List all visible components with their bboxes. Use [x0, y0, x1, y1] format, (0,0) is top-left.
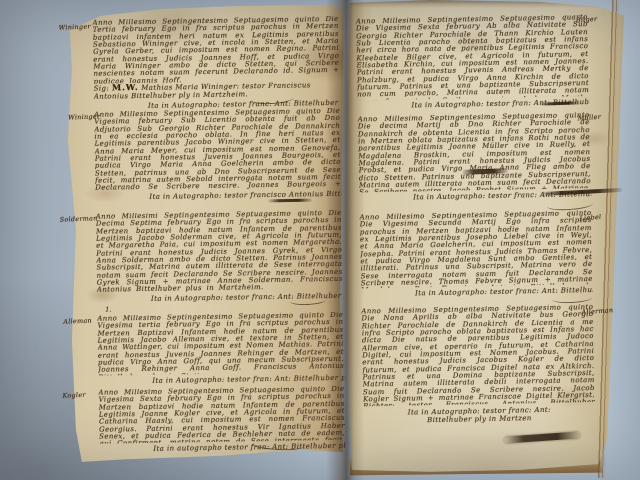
baptism-entry: Anno Millesimo Septingentesimo Septuages… — [93, 16, 340, 111]
margin-surname: Kogler — [62, 391, 102, 400]
signature-line: Sig: M.W. Mathias Maria Wininger: testor… — [94, 81, 340, 101]
attestation-line: Ita in Autographo: testor fran: Ant: Bit… — [98, 374, 344, 386]
entry-body-text: Anno Millesimo Septingentesimo Septuages… — [360, 210, 593, 288]
manuscript-photo: Wininger Wininger Solderman Alleman Kogl… — [0, 0, 640, 480]
baptism-entry: Anno Millesimo Septingentesimo Septuages… — [97, 312, 344, 386]
baptism-entry: Anno Millesimo Septingentesimo Septuages… — [356, 14, 590, 110]
attestation-line: Ita in Autographo: testor franc: Ant: Bi… — [396, 406, 563, 425]
left-page-text: Wininger Wininger Solderman Alleman Kogl… — [56, 2, 347, 468]
entry-body-text: Anno Millesimo Septingentesimo Septuages… — [97, 312, 344, 376]
baptism-entry: Anno Millesimo Septingentesimo Septuages… — [361, 304, 595, 425]
entry-body-text: Anno Millesimi Septingentesimo Septuages… — [96, 210, 343, 294]
entry-body-text: Anno Millesimo Septingentesimo Septuages… — [93, 16, 340, 84]
right-page-text: Bilger Müller Liebel Allerman Anno Mille… — [339, 0, 632, 480]
page-mark: 1. — [105, 305, 111, 313]
baptism-entry: Anno Millesimo Septingentesimo Septuages… — [360, 210, 594, 298]
baptism-entry: Anno Millesimo Septingentesimo Septuages… — [94, 108, 341, 202]
entry-body-text: Anno Millesimo Septingentesimo Septuages… — [358, 112, 591, 192]
attestation-line: Ita in autographo testor fran: Ant: Bitt… — [99, 442, 345, 454]
entry-body-text: Anno Millesimo Septingentesimo Septuages… — [94, 108, 341, 192]
entry-body-text: Anno Millesimo Septingentesimo Septuages… — [98, 386, 345, 444]
margin-surname: Solderman — [60, 215, 100, 224]
baptism-entry: Anno Millesimi Septingentesimo Septuages… — [96, 210, 343, 304]
entry-body-text: Anno Millesimo Septingentesimo Septuages… — [361, 304, 595, 406]
signature-label: Sig: — [94, 84, 110, 92]
baptism-entry: Anno Millesimo Septingentesimo Septuages… — [98, 386, 345, 454]
baptism-entry: Anno Millesimo Septingentesimo Septuages… — [358, 112, 592, 202]
entry-body-text: Anno Millesimo Septingentesimo Septuages… — [356, 14, 590, 100]
